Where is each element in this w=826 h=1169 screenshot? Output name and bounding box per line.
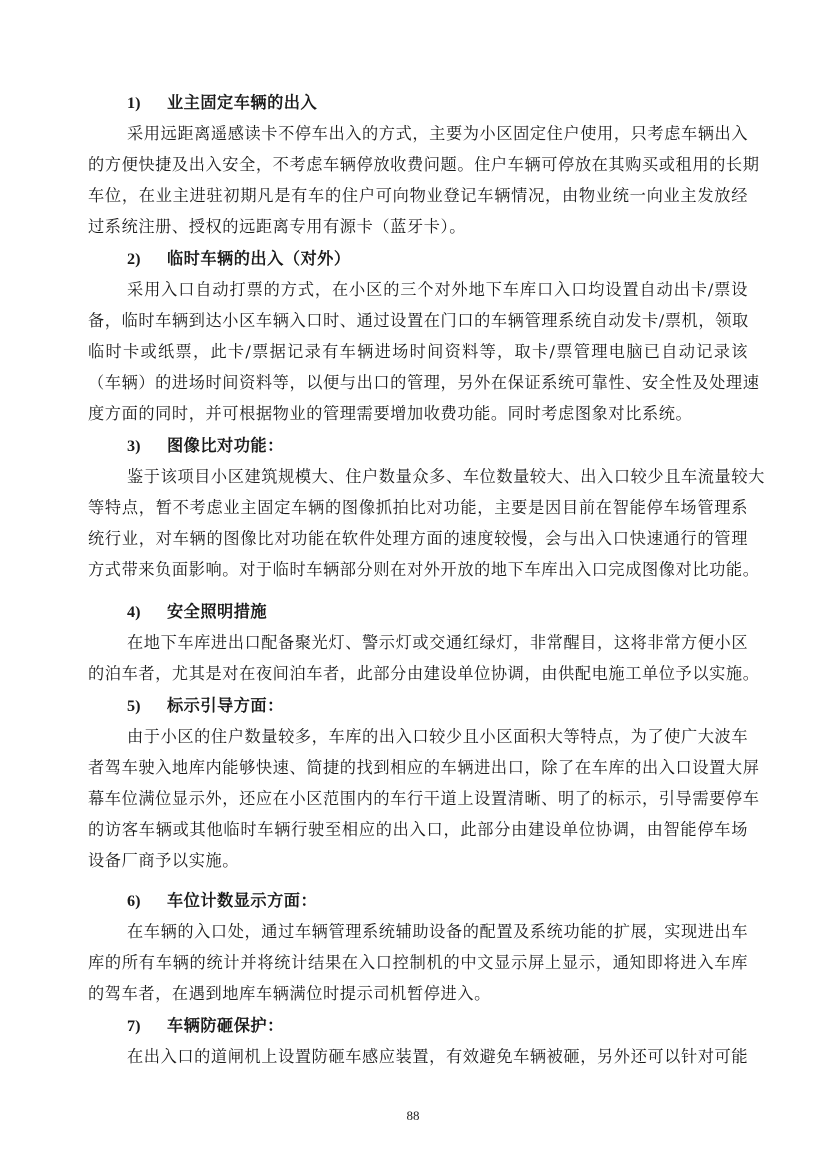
paragraph-line: 在车辆的入口处，通过车辆管理系统辅助设备的配置及系统功能的扩展，实现进出车 (127, 916, 748, 947)
section-number: 4) (127, 597, 167, 628)
section-title: 车辆防砸保护： (167, 1016, 284, 1035)
section-title: 临时车辆的出入（对外） (167, 249, 351, 268)
paragraph-line: 车位，在业主进驻初期凡是有车的住户可向物业登记车辆情况，由物业统一向业主发放经 (88, 180, 748, 211)
section-number: 1) (127, 88, 167, 119)
paragraph-line: 采用远距离遥感读卡不停车出入的方式，主要为小区固定住户使用，只考虑车辆出入 (127, 118, 748, 149)
paragraph-line: 的驾车者，在遇到地库车辆满位时提示司机暂停进入。 (88, 978, 748, 1009)
section-title: 安全照明措施 (167, 602, 267, 621)
section-heading-4: 4)安全照明措施 (127, 596, 267, 627)
paragraph-line: 库的所有车辆的统计并将统计结果在入口控制机的中文显示屏上显示，通知即将进入车库 (88, 947, 748, 978)
section-heading-3: 3)图像比对功能： (127, 430, 284, 461)
paragraph-line: （车辆）的进场时间资料等，以便与出口的管理，另外在保证系统可靠性、安全性及处理速 (88, 367, 748, 398)
section-title: 业主固定车辆的出入 (167, 93, 317, 112)
section-heading-2: 2)临时车辆的出入（对外） (127, 243, 351, 274)
paragraph-line: 统行业，对车辆的图像比对功能在软件处理方面的速度较慢，会与出入口快速通行的管理 (88, 523, 748, 554)
paragraph-line: 的访客车辆或其他临时车辆行驶至相应的出入口，此部分由建设单位协调，由智能停车场 (88, 814, 748, 845)
section-number: 5) (127, 691, 167, 722)
paragraph-line: 采用入口自动打票的方式，在小区的三个对外地下车库口入口均设置自动出卡/票设 (127, 274, 748, 305)
section-heading-5: 5)标示引导方面： (127, 690, 284, 721)
section-number: 2) (127, 244, 167, 275)
paragraph-line: 由于小区的住户数量较多，车库的出入口较少且小区面积大等特点，为了使广大波车 (127, 721, 748, 752)
section-title: 图像比对功能： (167, 436, 284, 455)
section-heading-7: 7)车辆防砸保护： (127, 1010, 284, 1041)
paragraph-line: 临时卡或纸票，此卡/票据记录有车辆进场时间资料等，取卡/票管理电脑已自动记录该 (88, 336, 748, 367)
paragraph-line: 备，临时车辆到达小区车辆入口时、通过设置在门口的车辆管理系统自动发卡/票机，领取 (88, 305, 748, 336)
document-page: 1)业主固定车辆的出入 采用远距离遥感读卡不停车出入的方式，主要为小区固定住户使… (0, 0, 826, 1169)
paragraph-line: 的泊车者，尤其是对在夜间泊车者，此部分由建设单位协调，由供配电施工单位予以实施。 (88, 658, 748, 689)
paragraph-line: 在出入口的道闸机上设置防砸车感应装置，有效避免车辆被砸，另外还可以针对可能 (127, 1041, 748, 1072)
section-heading-6: 6)车位计数显示方面： (127, 885, 317, 916)
section-heading-1: 1)业主固定车辆的出入 (127, 87, 317, 118)
paragraph-line: 者驾车驶入地库内能够快速、简捷的找到相应的车辆进出口，除了在车库的出入口设置大屏 (88, 752, 748, 783)
page-number: 88 (0, 1108, 826, 1124)
paragraph-line: 在地下车库进出口配备聚光灯、警示灯或交通红绿灯，非常醒目，这将非常方便小区 (127, 627, 748, 658)
section-title: 车位计数显示方面： (167, 891, 317, 910)
paragraph-line: 幕车位满位显示外，还应在小区范围内的车行干道上设置清晰、明了的标示，引导需要停车 (88, 783, 748, 814)
paragraph-line: 度方面的同时，并可根据物业的管理需要增加收费功能。同时考虑图象对比系统。 (88, 398, 748, 429)
paragraph-line: 过系统注册、授权的远距离专用有源卡（蓝牙卡）。 (88, 211, 748, 242)
paragraph-line: 方式带来负面影响。对于临时车辆部分则在对外开放的地下车库出入口完成图像对比功能。 (88, 554, 748, 585)
paragraph-line: 的方便快捷及出入安全，不考虑车辆停放收费问题。住户车辆可停放在其购买或租用的长期 (88, 149, 748, 180)
paragraph-line: 设备厂商予以实施。 (88, 845, 748, 876)
paragraph-line: 鉴于该项目小区建筑规模大、住户数量众多、车位数量较大、出入口较少且车流量较大 (127, 461, 748, 492)
section-number: 6) (127, 886, 167, 917)
section-title: 标示引导方面： (167, 696, 284, 715)
section-number: 7) (127, 1011, 167, 1042)
paragraph-line: 等特点，暂不考虑业主固定车辆的图像抓拍比对功能，主要是因目前在智能停车场管理系 (88, 492, 748, 523)
section-number: 3) (127, 431, 167, 462)
